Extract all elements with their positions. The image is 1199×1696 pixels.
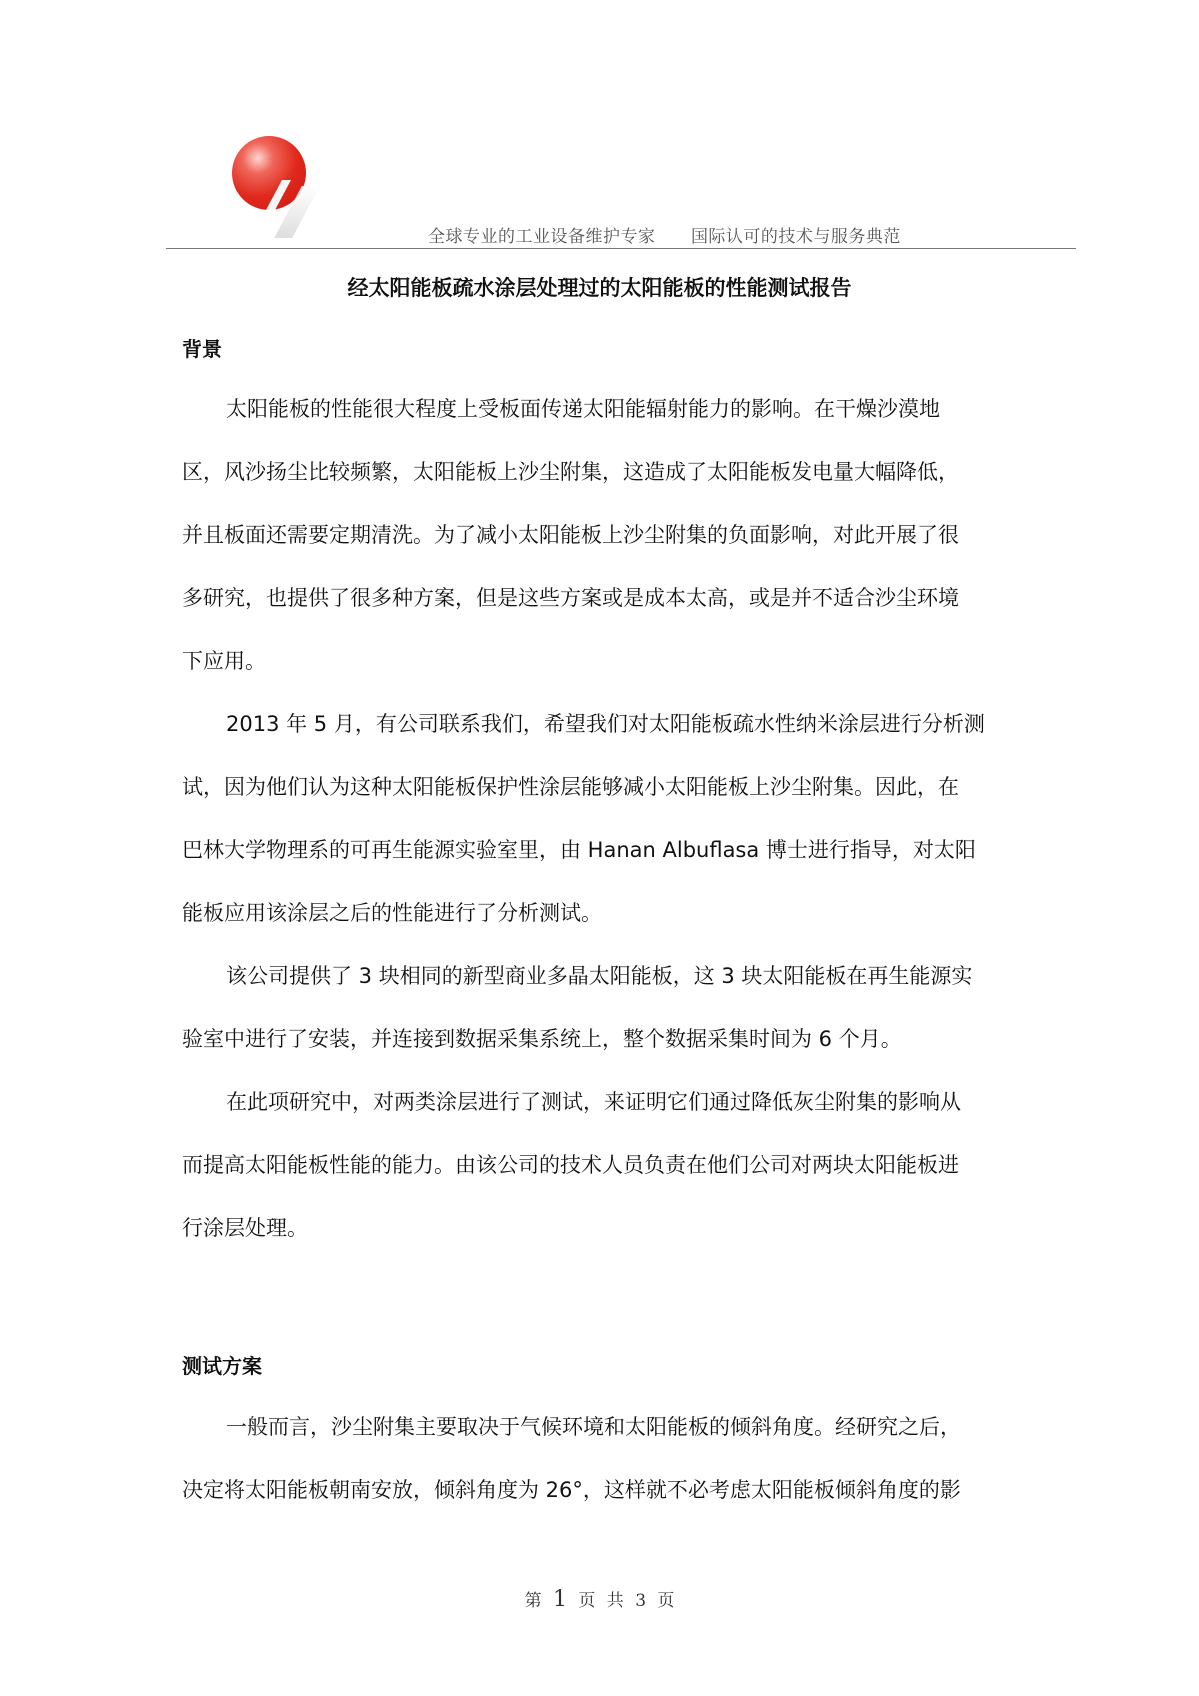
page-footer: 第 1 页 共 3 页 bbox=[0, 1586, 1199, 1612]
footer-prefix: 第 bbox=[525, 1591, 542, 1611]
header-tagline: 全球专业的工业设备维护专家 国际认可的技术与服务典范 bbox=[428, 222, 901, 247]
paragraph: 2013 年 5 月，有公司联系我们，希望我们对太阳能板疏水性纳米涂层进行分析测… bbox=[182, 693, 1032, 945]
header-divider bbox=[166, 248, 1076, 249]
text-line: 下应用。 bbox=[182, 630, 1032, 693]
text-line: 区，风沙扬尘比较频繁，太阳能板上沙尘附集，这造成了太阳能板发电量大幅降低， bbox=[182, 441, 1032, 504]
text-line: 2013 年 5 月，有公司联系我们，希望我们对太阳能板疏水性纳米涂层进行分析测 bbox=[182, 693, 1032, 756]
current-page-number: 1 bbox=[553, 1587, 567, 1612]
footer-middle: 页 共 bbox=[578, 1591, 623, 1611]
footer-suffix: 页 bbox=[657, 1591, 674, 1611]
text-line: 在此项研究中，对两类涂层进行了测试，来证明它们通过降低灰尘附集的影响从 bbox=[182, 1071, 1032, 1134]
section-heading-test-plan: 测试方案 bbox=[182, 1350, 262, 1379]
paragraph: 太阳能板的性能很大程度上受板面传递太阳能辐射能力的影响。在干燥沙漠地 区，风沙扬… bbox=[182, 378, 1032, 693]
total-pages-number: 3 bbox=[635, 1591, 646, 1611]
company-logo bbox=[228, 128, 338, 246]
text-line: 能板应用该涂层之后的性能进行了分析测试。 bbox=[182, 882, 1032, 945]
text-line: 一般而言，沙尘附集主要取决于气候环境和太阳能板的倾斜角度。经研究之后， bbox=[182, 1396, 1032, 1459]
text-line: 巴林大学物理系的可再生能源实验室里，由 Hanan Albuflasa 博士进行… bbox=[182, 819, 1032, 882]
text-line: 而提高太阳能板性能的能力。由该公司的技术人员负责在他们公司对两块太阳能板进 bbox=[182, 1134, 1032, 1197]
paragraph: 该公司提供了 3 块相同的新型商业多晶太阳能板，这 3 块太阳能板在再生能源实 … bbox=[182, 945, 1032, 1071]
paragraph: 在此项研究中，对两类涂层进行了测试，来证明它们通过降低灰尘附集的影响从 而提高太… bbox=[182, 1071, 1032, 1260]
document-title: 经太阳能板疏水涂层处理过的太阳能板的性能测试报告 bbox=[0, 272, 1199, 302]
text-line: 决定将太阳能板朝南安放，倾斜角度为 26°，这样就不必考虑太阳能板倾斜角度的影 bbox=[182, 1459, 1032, 1522]
text-line: 太阳能板的性能很大程度上受板面传递太阳能辐射能力的影响。在干燥沙漠地 bbox=[182, 378, 1032, 441]
tagline-right: 国际认可的技术与服务典范 bbox=[691, 227, 901, 247]
text-line: 该公司提供了 3 块相同的新型商业多晶太阳能板，这 3 块太阳能板在再生能源实 bbox=[182, 945, 1032, 1008]
tagline-left: 全球专业的工业设备维护专家 bbox=[428, 227, 656, 247]
text-line: 多研究，也提供了很多种方案，但是这些方案或是成本太高，或是并不适合沙尘环境 bbox=[182, 567, 1032, 630]
text-line: 试，因为他们认为这种太阳能板保护性涂层能够减小太阳能板上沙尘附集。因此，在 bbox=[182, 756, 1032, 819]
text-line: 并且板面还需要定期清洗。为了减小太阳能板上沙尘附集的负面影响，对此开展了很 bbox=[182, 504, 1032, 567]
text-line: 行涂层处理。 bbox=[182, 1197, 1032, 1260]
section-heading-background: 背景 bbox=[182, 333, 222, 362]
text-line: 验室中进行了安装，并连接到数据采集系统上，整个数据采集时间为 6 个月。 bbox=[182, 1008, 1032, 1071]
paragraph: 一般而言，沙尘附集主要取决于气候环境和太阳能板的倾斜角度。经研究之后， 决定将太… bbox=[182, 1396, 1032, 1522]
